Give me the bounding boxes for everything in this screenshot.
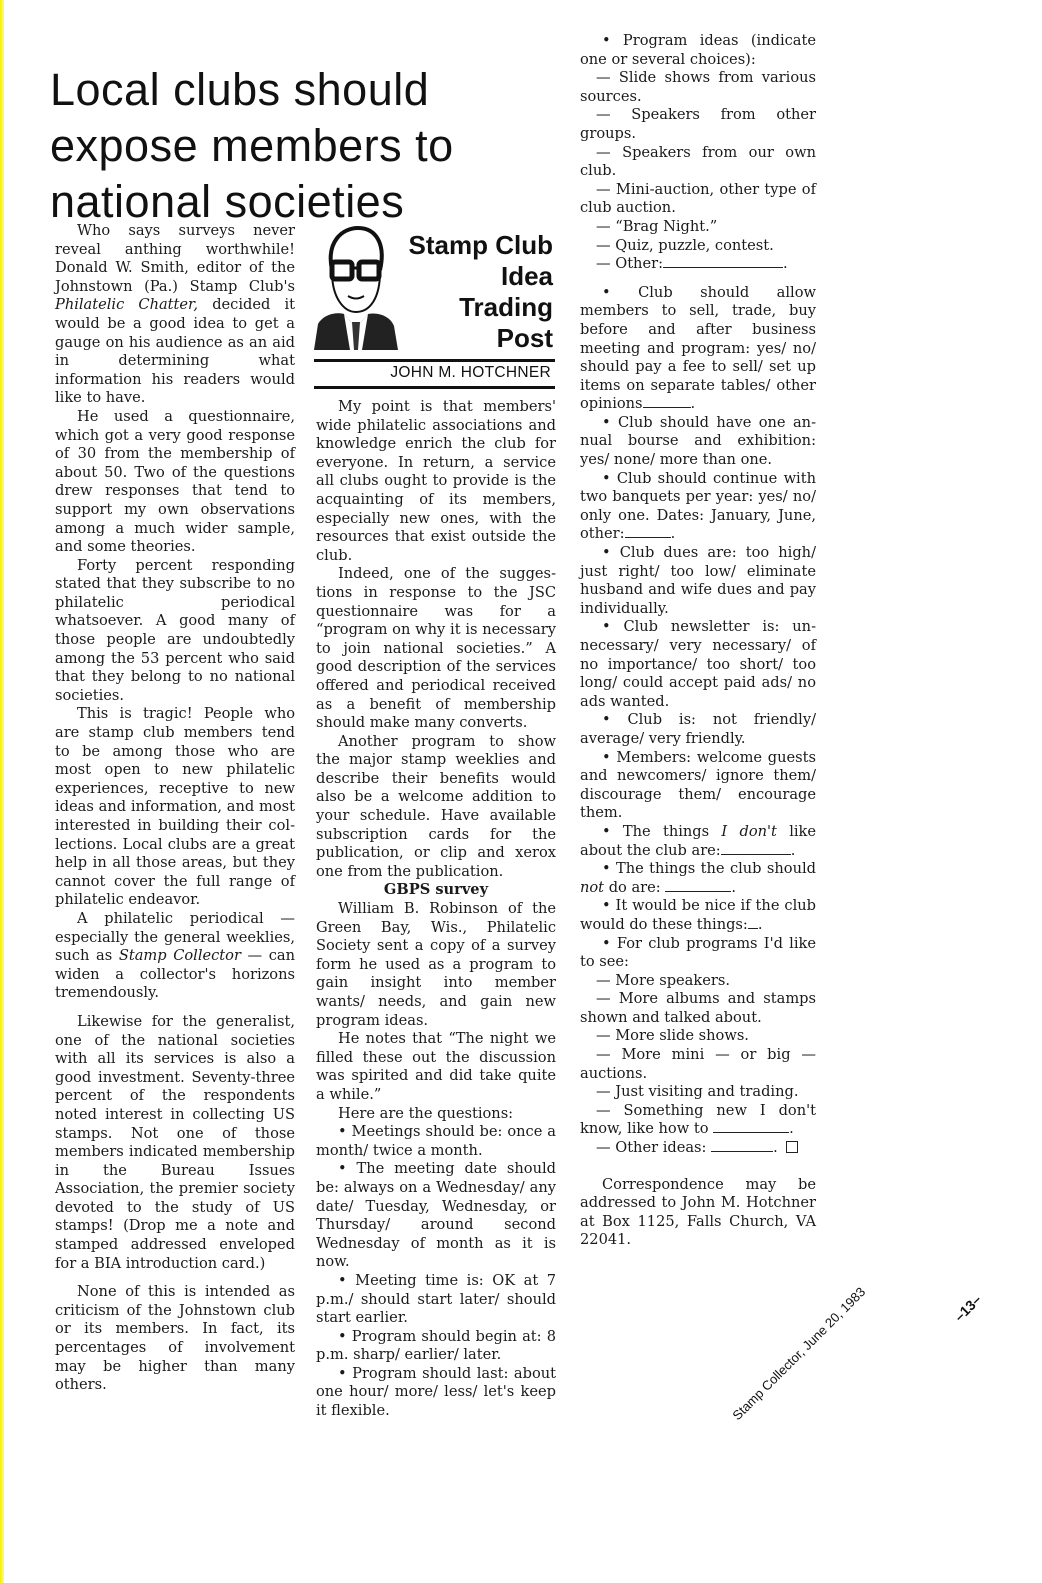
survey-question: • Club newsletter is: un­necessary/ very… <box>580 618 816 711</box>
list-item: — More speakers. <box>580 972 816 991</box>
headline: Local clubs should expose members to nat… <box>50 62 570 230</box>
survey-question: • Club should allow members to sell, tra… <box>580 284 816 414</box>
list-item: — “Brag Night.” <box>580 218 816 237</box>
column-2: My point is that members' wide philateli… <box>316 398 556 1421</box>
list-item: — More slide shows. <box>580 1027 816 1046</box>
column-3: • Program ideas (indicate one or several… <box>580 32 816 1250</box>
list-item: — Other ideas: . <box>580 1139 816 1158</box>
paragraph: William B. Robinson of the Green Bay, Wi… <box>316 900 556 1030</box>
fill-in-blank <box>663 255 783 268</box>
list-item: — Other:. <box>580 255 816 274</box>
survey-question: • Club dues are: too high/ just right/ t… <box>580 544 816 618</box>
list-item: — Speakers from other groups. <box>580 106 816 143</box>
paragraph: Here are the questions: <box>316 1105 556 1124</box>
fill-in-blank <box>665 879 731 892</box>
fill-in-blank <box>721 842 791 855</box>
paragraph: Another program to show the major stamp … <box>316 733 556 882</box>
survey-question: • Meetings should be: once a month/ twic… <box>316 1123 556 1160</box>
survey-question: • The things I don't like about the club… <box>580 823 816 860</box>
paragraph: My point is that members' wide philateli… <box>316 398 556 565</box>
author-portrait-icon <box>312 222 398 350</box>
correspondence-note: Correspondence may be addressed to John … <box>580 1176 816 1250</box>
survey-question: • Club is: not friendly/ average/ very f… <box>580 711 816 748</box>
fill-in-blank <box>748 916 758 929</box>
paragraph: Likewise for the generalist, one of the … <box>55 1013 295 1273</box>
survey-question: • The meeting date should be: always on … <box>316 1160 556 1272</box>
list-item: — Something new I don't know, like how t… <box>580 1102 816 1139</box>
survey-question: • Members: welcome guests and newcomers/… <box>580 749 816 823</box>
survey-question: • Club should have one an­nual bourse an… <box>580 414 816 470</box>
list-item: — Just visiting and trading. <box>580 1083 816 1102</box>
list-item: — More albums and stamps shown and talke… <box>580 990 816 1027</box>
list-item: — Quiz, puzzle, contest. <box>580 237 816 256</box>
paragraph: Who says surveys never reveal anthing wo… <box>55 222 295 408</box>
paragraph: Forty percent responding stated that the… <box>55 557 295 706</box>
end-of-article-box-icon <box>786 1141 798 1153</box>
scan-edge <box>0 0 4 1583</box>
survey-question: • Meeting time is: OK at 7 p.m./ should … <box>316 1272 556 1328</box>
column-1: Who says surveys never reveal anthing wo… <box>55 222 295 1395</box>
divider <box>314 359 555 362</box>
survey-question: • Program ideas (indicate one or several… <box>580 32 816 69</box>
paragraph: A philatelic periodical — especially the… <box>55 910 295 1003</box>
fill-in-blank <box>643 395 691 408</box>
publication-credit: Stamp Collector, June 20, 1983 <box>729 1284 868 1423</box>
paragraph: He used a questionnaire, which got a ver… <box>55 408 295 557</box>
section-subhead: GBPS survey <box>316 881 556 900</box>
list-item: — Mini-auction, other type of club aucti… <box>580 181 816 218</box>
survey-question: • The things the club should not do are:… <box>580 860 816 897</box>
fill-in-blank <box>713 1120 789 1133</box>
page-number: –13– <box>951 1291 984 1324</box>
paragraph: None of this is intended as criticism of… <box>55 1283 295 1395</box>
list-item: — Slide shows from various sources. <box>580 69 816 106</box>
paragraph: He notes that “The night we filled these… <box>316 1030 556 1104</box>
byline: JOHN M. HOTCHNER <box>314 364 551 382</box>
survey-question: • Program should begin at: 8 p.m. sharp/… <box>316 1328 556 1365</box>
paragraph: This is tragic! People who are stamp clu… <box>55 705 295 910</box>
list-item: — More mini — or big — auctions. <box>580 1046 816 1083</box>
paragraph: Indeed, one of the sugges­tions in respo… <box>316 565 556 732</box>
column-logo: Stamp Club Idea Trading Post JOHN M. HOT… <box>312 222 557 387</box>
survey-question: • For club programs I'd like to see: <box>580 935 816 972</box>
column-title: Stamp Club Idea Trading Post <box>393 230 553 354</box>
fill-in-blank <box>625 525 671 538</box>
fill-in-blank <box>711 1139 773 1152</box>
divider <box>314 386 555 389</box>
list-item: — Speakers from our own club. <box>580 144 816 181</box>
survey-question: • Program should last: about one hour/ m… <box>316 1365 556 1421</box>
survey-question: • Club should continue with two banquets… <box>580 470 816 544</box>
survey-question: • It would be nice if the club would do … <box>580 897 816 934</box>
